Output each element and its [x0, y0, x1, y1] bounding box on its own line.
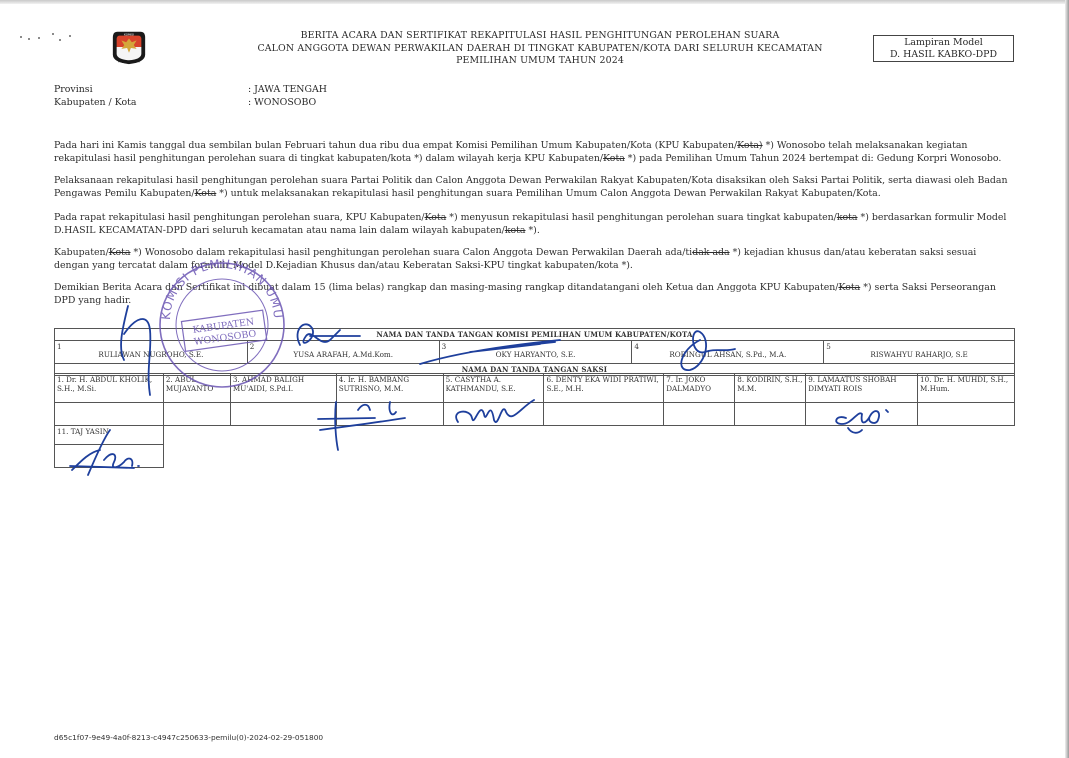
title-line-2: CALON ANGGOTA DEWAN PERWAKILAN DAERAH DI… [230, 43, 850, 56]
svg-text:PEMILIHAN UMUM: PEMILIHAN UMUM [118, 60, 140, 64]
svg-text:KOMISI: KOMISI [124, 33, 134, 37]
model-label-box: Lampiran Model D. HASIL KABKO-DPD [873, 35, 1014, 62]
komisi-header: NAMA DAN TANDA TANGAN KOMISI PEMILIHAN U… [55, 329, 1015, 341]
saksi-signature-table: 1. Dr. H. ABDUL KHOLIK, S.H., M.Si. 2. A… [54, 373, 1015, 426]
model-label-line-1: Lampiran Model [874, 37, 1013, 49]
saksi-name-cell: 8. KODIRIN, S.H., M.M. [735, 374, 806, 403]
saksi-signature-cell [544, 403, 664, 426]
saksi-name-cell: 11. TAJ YASIN [55, 426, 164, 445]
saksi-signature-cell [806, 403, 918, 426]
document-title: BERITA ACARA DAN SERTIFIKAT REKAPITULASI… [230, 30, 850, 68]
saksi-name-cell: 1. Dr. H. ABDUL KHOLIK, S.H., M.Si. [55, 374, 164, 403]
saksi-signature-cell [443, 403, 544, 426]
saksi-name-cell: 9. LAMAATUS SHOBAH DIMYATI ROIS [806, 374, 918, 403]
komisi-cell: 3OKY HARYANTO, S.E. [439, 341, 632, 364]
saksi-signature-cell [230, 403, 336, 426]
saksi-name-cell: 7. Ir. JOKO DALMADYO [664, 374, 735, 403]
title-line-1: BERITA ACARA DAN SERTIFIKAT REKAPITULASI… [230, 30, 850, 43]
saksi-name-cell: 3. AHMAD BALIGH MU'AIDI, S.Pd.I. [230, 374, 336, 403]
meta-label: Provinsi [54, 83, 244, 96]
komisi-cell: 2YUSA ARAFAH, A.Md.Kom. [247, 341, 439, 364]
model-label-line-2: D. HASIL KABKO-DPD [874, 49, 1013, 61]
saksi-name-cell: 5. CASYTHA A. KATHMANDU, S.E. [443, 374, 544, 403]
saksi-name-cell: 4. Ir. H. BAMBANG SUTRISNO, M.M. [336, 374, 443, 403]
komisi-cell: 4ROBINGUL AHSAN, S.Pd., M.A. [632, 341, 824, 364]
komisi-cell: 1RULIAWAN NUGROHO, S.E. [55, 341, 248, 364]
title-line-3: PEMILIHAN UMUM TAHUN 2024 [230, 55, 850, 68]
document-id: d65c1f07-9e49-4a0f-8213-c4947c250633-pem… [54, 733, 323, 742]
saksi-name-cell: 6. DENTY EKA WIDI PRATIWI, S.E., M.H. [544, 374, 664, 403]
paragraph-5: Demikian Berita Acara dan Sertifikat ini… [54, 281, 1014, 308]
paragraph-1: Pada hari ini Kamis tanggal dua sembilan… [54, 139, 1014, 166]
saksi-signature-cell [55, 445, 164, 468]
paragraph-3: Pada rapat rekapitulasi hasil penghitung… [54, 211, 1014, 238]
saksi-name-cell: 10. Dr. H. MUHDI, S.H., M.Hum. [918, 374, 1015, 403]
saksi-signature-cell [735, 403, 806, 426]
scan-right-edge [1065, 0, 1069, 758]
saksi-signature-cell [918, 403, 1015, 426]
paragraph-4: Kabupaten/Kota *) Wonosobo dalam rekapit… [54, 246, 1014, 273]
kpu-logo-icon: KOMISI PEMILIHAN UMUM [110, 28, 148, 66]
saksi-signature-cell [55, 403, 164, 426]
paragraph-2: Pelaksanaan rekapitulasi hasil penghitun… [54, 174, 1014, 201]
meta-value: : JAWA TENGAH [248, 83, 327, 96]
saksi-signature-table-extra: 11. TAJ YASIN [54, 425, 164, 468]
komisi-cell: 5RISWAHYU RAHARJO, S.E [824, 341, 1015, 364]
saksi-signature-cell [336, 403, 443, 426]
meta-label: Kabupaten / Kota [54, 96, 244, 109]
scan-speckles [20, 33, 80, 43]
saksi-name-cell: 2. ABUL MUJAYANTO [163, 374, 230, 403]
saksi-signature-cell [163, 403, 230, 426]
meta-value: : WONOSOBO [248, 96, 316, 109]
saksi-signature-cell [664, 403, 735, 426]
scan-top-edge [0, 0, 1069, 4]
komisi-signature-table: NAMA DAN TANDA TANGAN KOMISI PEMILIHAN U… [54, 328, 1015, 376]
